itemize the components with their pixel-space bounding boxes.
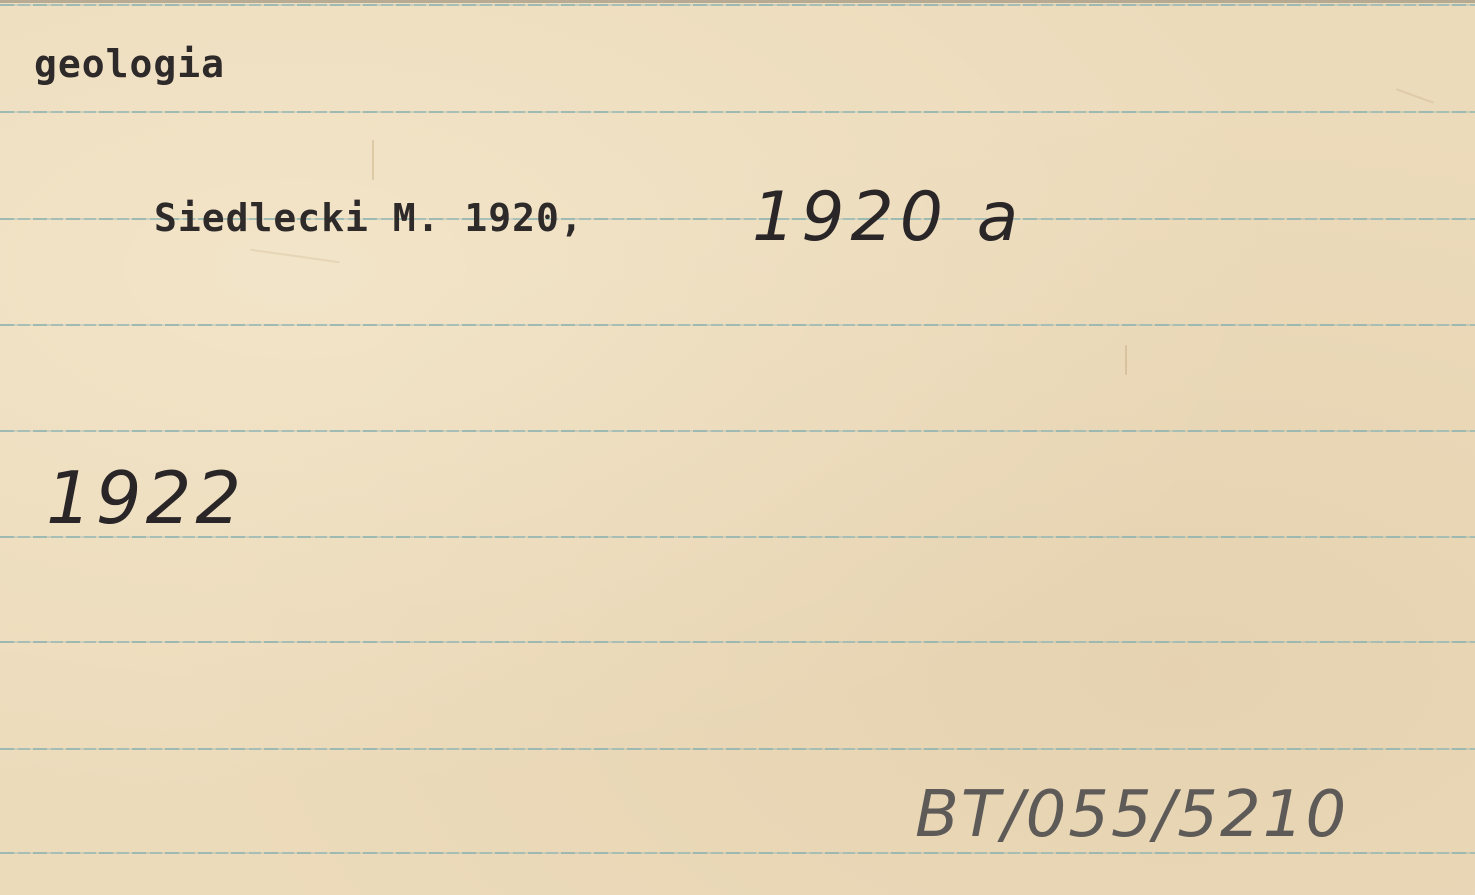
card-top-edge xyxy=(0,0,1475,3)
rule-line xyxy=(0,641,1475,643)
handwritten-year: 1922 xyxy=(46,456,245,540)
rule-line xyxy=(0,852,1475,854)
paper-fiber xyxy=(1396,88,1434,104)
author-entry: Siedlecki M. 1920, xyxy=(154,196,584,240)
rule-line xyxy=(0,111,1475,113)
subject-heading: geologia xyxy=(34,42,225,86)
catalog-number: BT/055/5210 xyxy=(915,778,1348,852)
catalog-card: geologia Siedlecki M. 1920, 1920 a 1922 … xyxy=(0,0,1475,895)
handwritten-addition: 1920 a xyxy=(752,178,1024,257)
rule-line xyxy=(0,430,1475,432)
rule-line xyxy=(0,748,1475,750)
rule-line xyxy=(0,4,1475,6)
paper-fiber xyxy=(1125,345,1127,375)
paper-fiber xyxy=(250,249,339,264)
rule-line xyxy=(0,324,1475,326)
paper-fiber xyxy=(372,140,374,180)
